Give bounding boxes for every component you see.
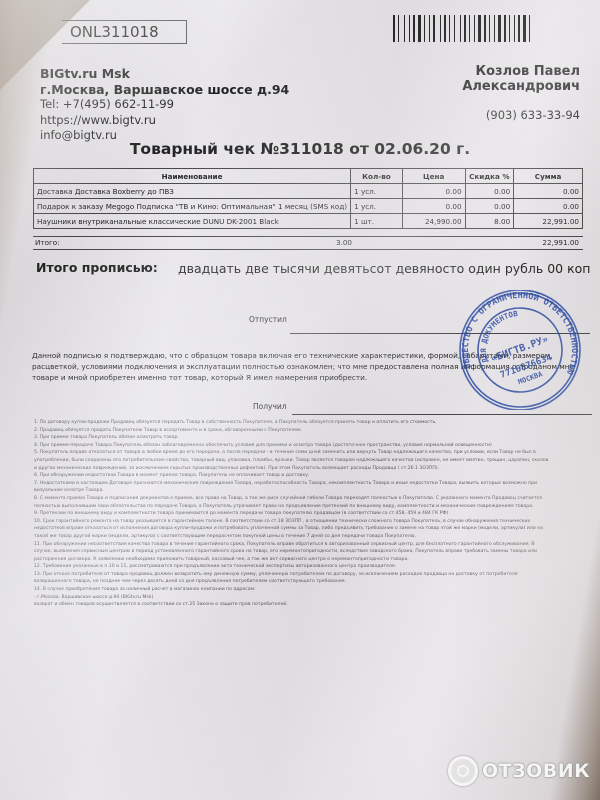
item-name: Подарок к заказу Megogo Подписка "ТВ и К… xyxy=(34,199,351,214)
terms-line: 14. В случае приобретения товара за нали… xyxy=(34,586,589,594)
item-qty: 1 шт. xyxy=(351,214,403,229)
buyer-phone: (903) 633-33-94 xyxy=(380,108,580,122)
company-stamp: ОБЩЕСТВО С ОГРАНИЧЕННОЙ ОТВЕТСТВЕННОСТЬЮ… xyxy=(440,290,590,410)
col-sum-header: Сумма xyxy=(514,169,583,184)
item-qty: 1 усл. xyxy=(351,184,403,199)
total-row: Итого: 3.00 22,991.00 xyxy=(33,236,583,250)
terms-line: случае, выявления сервисным центром в пе… xyxy=(34,548,589,556)
terms-line: 9. Претензии по внешнему виду и комплект… xyxy=(34,510,589,518)
table-row: Доставка Доставка Boxberry до ПВЗ1 усл.0… xyxy=(34,184,583,199)
terms-line: 11. При обнаружении несоответствия качес… xyxy=(34,541,589,549)
amount-in-words-label: Итого прописью: xyxy=(36,260,158,275)
seller-name: BIGtv.ru Msk xyxy=(40,66,289,82)
terms-line: употреблении, были сохранены его потреби… xyxy=(34,457,589,465)
item-price: 0.00 xyxy=(402,199,465,214)
amount-in-words: двадцать две тысячи девятьсот девяносто … xyxy=(178,261,590,276)
seller-address: г.Москва, Варшавское шоссе д.94 xyxy=(40,82,289,98)
seller-info: BIGtv.ru Msk г.Москва, Варшавское шоссе … xyxy=(40,66,289,144)
terms-line: 1. По договору купли-продажи Продавец об… xyxy=(34,419,589,427)
item-price: 24,990.00 xyxy=(402,214,465,229)
terms-line: 6. При обнаружении недостатков Товара в … xyxy=(34,472,589,480)
item-discount: 8.00 xyxy=(465,214,514,229)
item-name: Доставка Доставка Boxberry до ПВЗ xyxy=(34,184,351,199)
total-qty: 3.00 xyxy=(336,238,352,247)
table-row: Подарок к заказу Megogo Подписка "ТВ и К… xyxy=(34,199,583,214)
buyer-name: Козлов Павел Александрович xyxy=(380,64,580,94)
buyer-info: Козлов Павел Александрович (903) 633-33-… xyxy=(380,64,580,122)
item-discount: 0.00 xyxy=(465,199,514,214)
item-sum: 22,991.00 xyxy=(514,214,583,229)
total-label: Итого: xyxy=(35,238,60,247)
items-table: Наименование Кол-во Цена Скидка % Сумма … xyxy=(33,168,583,229)
terms-list: 1. По договору купли-продажи Продавец об… xyxy=(34,419,589,609)
item-qty: 1 усл. xyxy=(351,199,403,214)
terms-line: полностью выполнившим свои обязательства… xyxy=(34,503,589,511)
col-qty-header: Кол-во xyxy=(351,169,403,184)
terms-line: недостатков вправе отказаться от исполне… xyxy=(34,525,589,533)
terms-line: 12. Требования указанные в п.10 и 11, ра… xyxy=(34,563,589,571)
item-discount: 0.00 xyxy=(465,184,514,199)
table-row: Наушники внутриканальные классические DU… xyxy=(34,214,583,229)
table-header-row: Наименование Кол-во Цена Скидка % Сумма xyxy=(34,169,583,184)
item-price: 0.00 xyxy=(402,184,465,199)
terms-line: 10. Срок гарантийного ремонта на товар у… xyxy=(34,518,589,526)
terms-line: возвращенного товара, не позднее чем чер… xyxy=(34,578,589,586)
terms-line: возврат и обмен товаров осуществляется в… xyxy=(34,601,589,609)
received-label: Получил xyxy=(253,402,287,411)
barcode xyxy=(393,15,568,42)
watermark-text: ОТЗОВИК xyxy=(482,760,590,782)
col-discount-header: Скидка % xyxy=(465,169,514,184)
terms-line: визуальном осмотре Товара. xyxy=(34,487,589,495)
total-sum: 22,991.00 xyxy=(542,238,579,247)
order-code-box: ONL311018 xyxy=(62,20,187,44)
terms-line: 4. При приеме-передаче Товара Покупатель… xyxy=(34,442,589,450)
seller-tel: Tel: +7(495) 662-11-99 xyxy=(40,97,289,113)
terms-line: 13. При отказе потребителя от товара про… xyxy=(34,571,589,579)
terms-line: 2. Продавец обязуется продать Покупателю… xyxy=(34,427,589,435)
terms-line: 7. Недостатками в настоящем Договоре при… xyxy=(34,480,589,488)
otzovik-logo-icon xyxy=(448,756,478,786)
terms-line: такой же товар другой марки (модели, арт… xyxy=(34,533,589,541)
col-price-header: Цена xyxy=(402,169,465,184)
col-name-header: Наименование xyxy=(34,169,351,184)
terms-line: - г.Москва, Варшавское шоссе д.94 (BIGtv… xyxy=(34,594,589,602)
received-signature-line xyxy=(292,414,592,415)
terms-line: и других механических повреждений, за ис… xyxy=(34,465,589,473)
receipt-title: Товарный чек №311018 от 02.06.20 г. xyxy=(0,140,600,158)
released-label: Отпустил xyxy=(249,315,287,324)
terms-line: 3. При приеме товара Покупатель обязан о… xyxy=(34,434,589,442)
item-sum: 0.00 xyxy=(514,199,583,214)
item-name: Наушники внутриканальные классические DU… xyxy=(34,214,351,229)
terms-line: 8. С момента приема Товара и подписания … xyxy=(34,495,589,503)
terms-line: расторжения договора. К заявлению необхо… xyxy=(34,556,589,564)
otzovik-watermark: ОТЗОВИК xyxy=(448,756,590,786)
seller-site: https://www.bigtv.ru xyxy=(40,113,289,129)
terms-line: 5. Покупатель вправе отказаться от товар… xyxy=(34,449,589,457)
item-sum: 0.00 xyxy=(514,184,583,199)
